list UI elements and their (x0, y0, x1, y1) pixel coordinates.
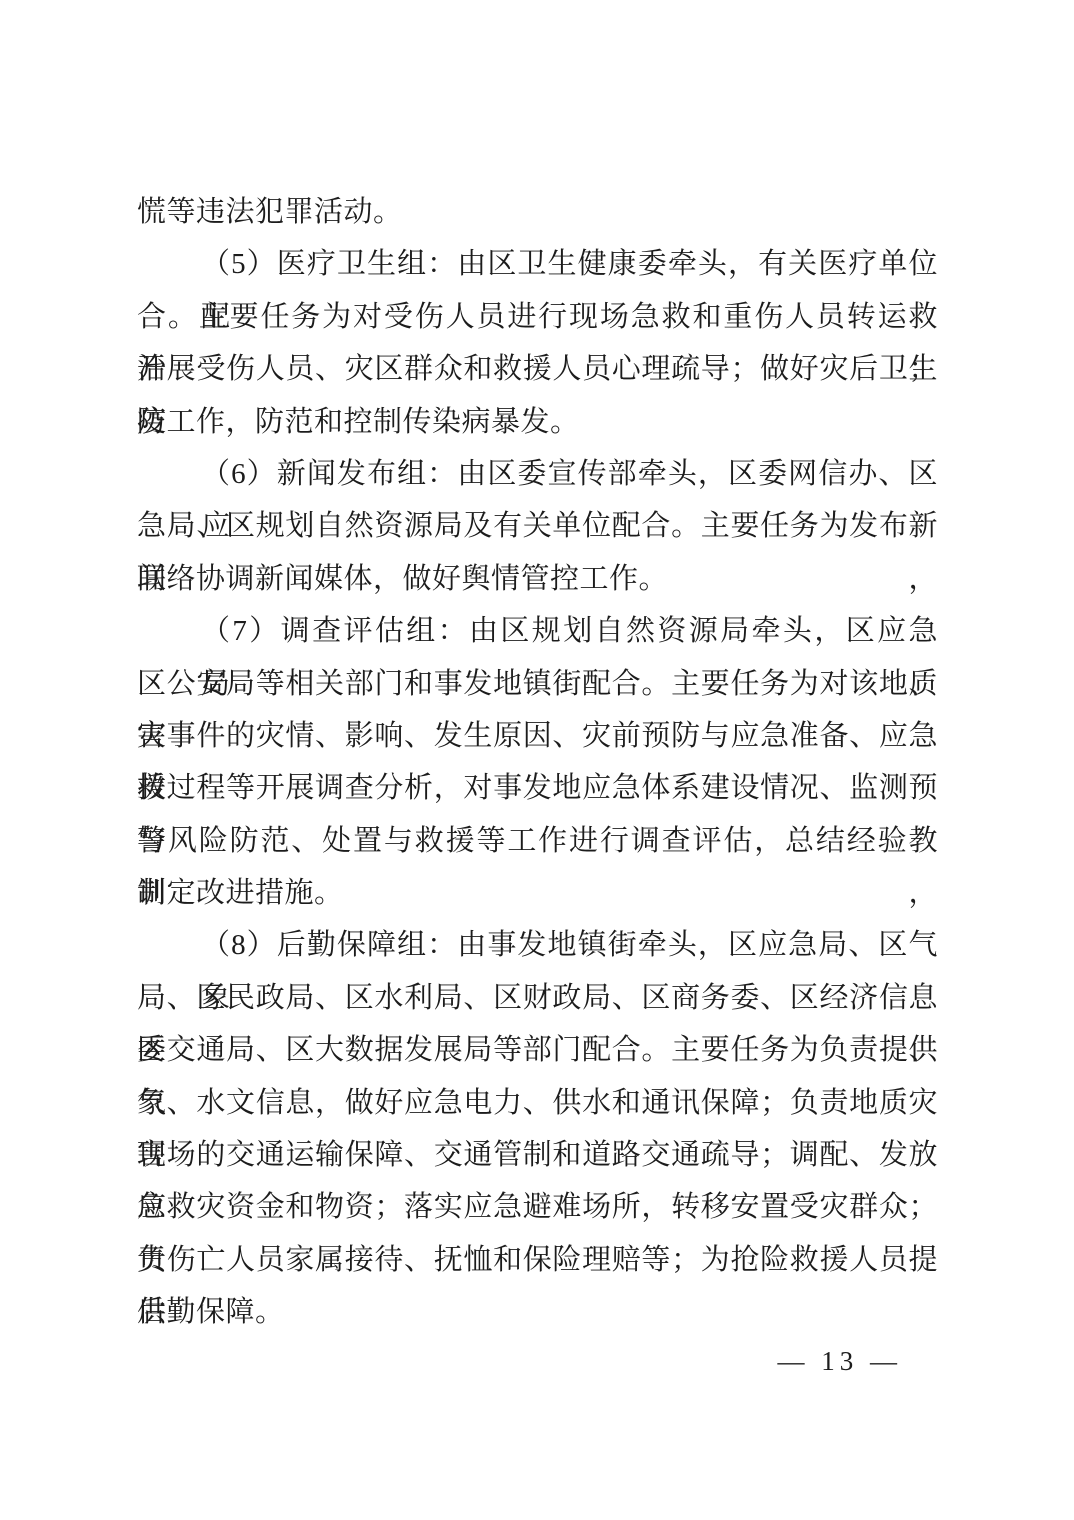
text-line: （7）调查评估组：由区规划自然资源局牵头，区应急局、 (137, 605, 938, 657)
text-line: 现场的交通运输保障、交通管制和道路交通疏导；调配、发放应 (137, 1129, 938, 1181)
text-line: 区交通局、区大数据发展局等部门配合。主要任务为负责提供气 (137, 1024, 938, 1076)
text-line: 急救灾资金和物资；落实应急避难场所，转移安置受灾群众；负 (137, 1181, 938, 1233)
page-number: — 13 — (778, 1346, 903, 1377)
text-line: 象、水文信息，做好应急电力、供水和通讯保障；负责地质灾害 (137, 1077, 938, 1129)
text-line: 急局、区规划自然资源局及有关单位配合。主要任务为发布新闻， (137, 500, 938, 552)
text-line: 开展受伤人员、灾区群众和救援人员心理疏导；做好灾后卫生防 (137, 343, 938, 395)
text-line: 合。主要任务为对受伤人员进行现场急救和重伤人员转运救治； (137, 291, 938, 343)
text-line: （5）医疗卫生组：由区卫生健康委牵头，有关医疗单位配 (137, 238, 938, 290)
text-line: 与风险防范、处置与救援等工作进行调查评估，总结经验教训， (137, 815, 938, 867)
text-line: （6）新闻发布组：由区委宣传部牵头，区委网信办、区应 (137, 448, 938, 500)
text-line: 责伤亡人员家属接待、抚恤和保险理赔等；为抢险救援人员提供 (137, 1234, 938, 1286)
text-line: 援过程等开展调查分析，对事发地应急体系建设情况、监测预警 (137, 762, 938, 814)
text-line: 慌等违法犯罪活动。 (137, 186, 938, 238)
document-page: 慌等违法犯罪活动。 （5）医疗卫生组：由区卫生健康委牵头，有关医疗单位配 合。主… (0, 0, 1074, 1520)
text-line: （8）后勤保障组：由事发地镇街牵头，区应急局、区气象 (137, 919, 938, 971)
text-line: 后勤保障。 (137, 1286, 938, 1338)
text-line: 局、区民政局、区水利局、区财政局、区商务委、区经济信息委、 (137, 972, 938, 1024)
text-line: 疫工作，防范和控制传染病暴发。 (137, 396, 938, 448)
text-line: 区公安局等相关部门和事发地镇街配合。主要任务为对该地质灾 (137, 658, 938, 710)
document-body: 慌等违法犯罪活动。 （5）医疗卫生组：由区卫生健康委牵头，有关医疗单位配 合。主… (137, 186, 938, 1339)
text-line: 害事件的灾情、影响、发生原因、灾前预防与应急准备、应急救 (137, 710, 938, 762)
